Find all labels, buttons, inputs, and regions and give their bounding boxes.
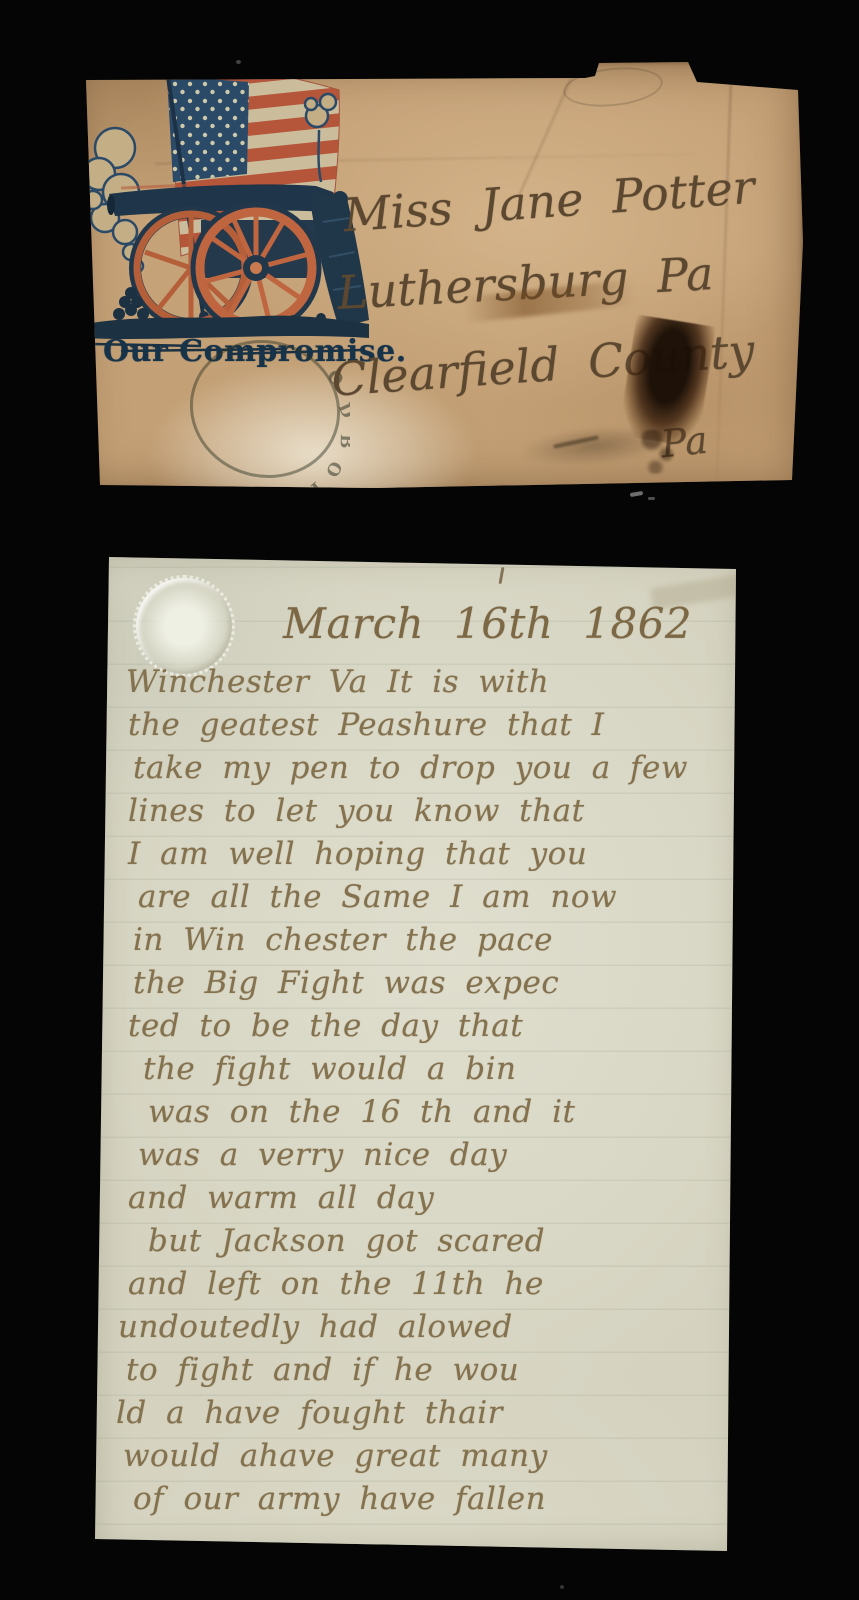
postmark-stamp: O D B O R xyxy=(180,324,350,494)
letter-line: and warm all day xyxy=(128,1177,735,1220)
letter-line: but Jackson got scared xyxy=(148,1220,735,1263)
envelope-crease xyxy=(716,80,732,478)
postmark-letter: B xyxy=(336,434,350,449)
letter-body: March 16th 1862 Winchester Va It is with… xyxy=(115,595,735,1521)
dust-speck xyxy=(236,60,241,64)
postmark-letter: O xyxy=(321,458,346,480)
dust-speck xyxy=(630,491,643,497)
letter-line: are all the Same I am now xyxy=(138,876,735,919)
letter-line: of our army have fallen xyxy=(133,1478,735,1521)
envelope: Our Compromise. O D B O R Miss Jane Pott… xyxy=(75,62,803,490)
letter-line: undoutedly had alowed xyxy=(118,1306,735,1349)
postmark-letter: R xyxy=(301,477,325,494)
letter-line: to fight and if he wou xyxy=(126,1349,735,1392)
letter-page: March 16th 1862 Winchester Va It is with… xyxy=(95,553,743,1553)
letter-line: I am well hoping that you xyxy=(128,833,735,876)
photo-stage: Our Compromise. O D B O R Miss Jane Pott… xyxy=(0,0,859,1600)
letter-line: the geatest Peashure that I xyxy=(128,704,735,747)
letter-line: the fight would a bin xyxy=(143,1048,735,1091)
dust-speck xyxy=(560,1585,564,1589)
letter-line: and left on the 11th he xyxy=(128,1263,735,1306)
address-line-recipient: Miss Jane Potter xyxy=(342,160,757,243)
dust-speck xyxy=(648,497,655,500)
letter-line: ted to be the day that xyxy=(128,1005,735,1048)
letter-line: take my pen to drop you a few xyxy=(133,747,735,790)
letter-line: the Big Fight was expec xyxy=(133,962,735,1005)
letter-line: in Win chester the pace xyxy=(133,919,735,962)
letter-line: was on the 16 th and it xyxy=(148,1091,735,1134)
faint-postmark-arc xyxy=(561,63,664,111)
letter-line: would ahave great many xyxy=(123,1435,735,1478)
letter-line: lines to let you know that xyxy=(128,790,735,833)
cannon-flag-illustration xyxy=(81,62,373,358)
letter-line: was a verry nice day xyxy=(138,1134,735,1177)
letter-line: ld a have fought thair xyxy=(116,1392,735,1435)
letter-line: Winchester Va It is with xyxy=(126,661,735,704)
letter-date-line: March 16th 1862 xyxy=(283,595,735,653)
